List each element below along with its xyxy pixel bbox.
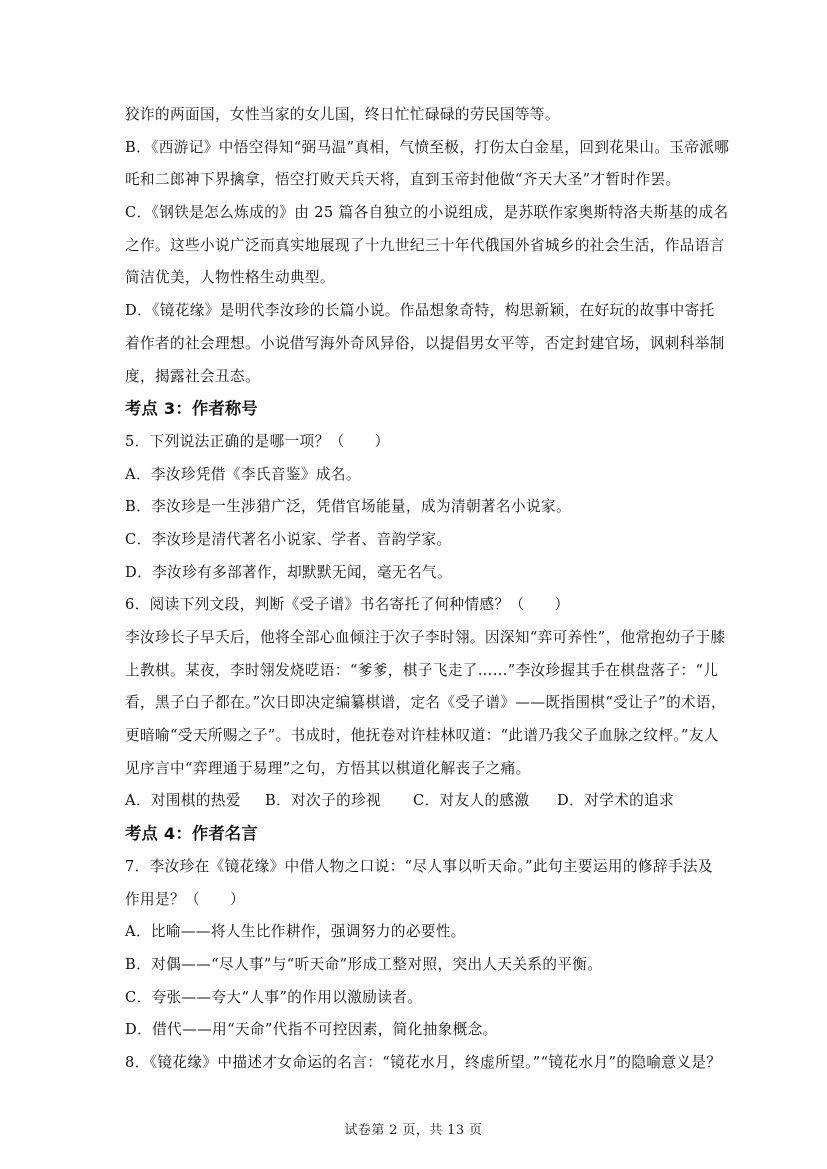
option-d-line-1: D．《镜花缘》是明代李汝珍的长篇小说。作品想象奇特，构思新颖，在好玩的故事中寄托 — [125, 297, 705, 330]
question-6-option-d: D．对学术的追求 — [557, 787, 674, 820]
question-6-passage-line: 上教棋。某夜，李时翎发烧呓语：“爹爹，棋子飞走了……”李汝珍握其手在棋盘落子：“… — [125, 657, 705, 690]
page-content: 狡诈的两面国，女性当家的女儿国，终日忙忙碌碌的劳民国等等。 B．《西游记》中悟空… — [125, 101, 705, 1082]
option-d-line-2: 着作者的社会理想。小说借写海外奇风异俗，以提倡男女平等，否定封建官场，讽刺科举制 — [125, 330, 705, 363]
page-footer: 试卷第 2 页，共 13 页 — [0, 1119, 827, 1138]
question-6-stem: 6．阅读下列文段，判断《受子谱》书名寄托了何种情感？（ ） — [125, 591, 705, 624]
question-6-passage-line: 看，黑子白子都在。”次日即决定编纂棋谱，定名《受子谱》——既指围棋“受让子”的术… — [125, 689, 705, 722]
question-7-option-b: B．对偶——“尽人事”与“听天命”形成工整对照，突出人天关系的平衡。 — [125, 951, 705, 984]
question-7-stem-line-1: 7．李汝珍在《镜花缘》中借人物之口说：“尽人事以听天命。”此句主要运用的修辞手法… — [125, 853, 705, 886]
question-6-option-c: C．对友人的感激 — [413, 787, 557, 820]
question-7-stem-line-2: 作用是？（ ） — [125, 886, 705, 919]
question-6-passage-line: 更暗喻“受天所赐之子”。书成时，他抚卷对许桂林叹道：“此谱乃我父子血脉之纹枰。”… — [125, 722, 705, 755]
question-7-option-c: C．夸张——夸大“人事”的作用以激励读者。 — [125, 984, 705, 1017]
question-5-option-d: D．李汝珍有多部著作，却默默无闻，毫无名气。 — [125, 559, 705, 592]
option-b-line-1: B．《西游记》中悟空得知“弼马温”真相，气愤至极，打伤太白金星，回到花果山。玉帝… — [125, 134, 705, 167]
question-7-option-a: A．比喻——将人生比作耕作，强调努力的必要性。 — [125, 918, 705, 951]
question-5-option-c: C．李汝珍是清代著名小说家、学者、音韵学家。 — [125, 526, 705, 559]
question-6-option-b: B．对次子的珍视 — [265, 787, 413, 820]
option-c-line-1: C．《钢铁是怎么炼成的》由 25 篇各自独立的小说组成，是苏联作家奥斯特洛夫斯基… — [125, 199, 705, 232]
option-c-line-2: 之作。这些小说广泛而真实地展现了十九世纪三十年代俄国外省城乡的社会生活，作品语言 — [125, 232, 705, 265]
question-6-option-a: A．对围棋的热爱 — [125, 787, 265, 820]
question-8-stem: 8．《镜花缘》中描述才女命运的名言：“镜花水月，终虚所望。”“镜花水月”的隐喻意… — [125, 1049, 705, 1082]
text-line: 狡诈的两面国，女性当家的女儿国，终日忙忙碌碌的劳民国等等。 — [125, 101, 705, 134]
section-heading-4: 考点 4：作者名言 — [125, 820, 705, 853]
option-b-line-2: 吒和二郎神下界擒拿，悟空打败天兵天将，直到玉帝封他做“齐天大圣”才暂时作罢。 — [125, 166, 705, 199]
question-5-option-b: B．李汝珍是一生涉猎广泛，凭借官场能量，成为清朝著名小说家。 — [125, 493, 705, 526]
exam-page: 狡诈的两面国，女性当家的女儿国，终日忙忙碌碌的劳民国等等。 B．《西游记》中悟空… — [0, 0, 827, 1169]
option-d-line-3: 度，揭露社会丑态。 — [125, 363, 705, 396]
question-6-options: A．对围棋的热爱 B．对次子的珍视 C．对友人的感激 D．对学术的追求 — [125, 787, 705, 820]
option-c-line-3: 简洁优美，人物性格生动典型。 — [125, 264, 705, 297]
question-7-option-d: D．借代——用“天命”代指不可控因素，简化抽象概念。 — [125, 1016, 705, 1049]
question-6-passage-line: 见序言中“弈理通于易理”之句，方悟其以棋道化解丧子之痛。 — [125, 755, 705, 788]
section-heading-3: 考点 3：作者称号 — [125, 395, 705, 428]
question-6-passage-line: 李汝珍长子早夭后，他将全部心血倾注于次子李时翎。因深知“弈可养性”，他常抱幼子于… — [125, 624, 705, 657]
question-5-stem: 5．下列说法正确的是哪一项？（ ） — [125, 428, 705, 461]
question-5-option-a: A．李汝珍凭借《李氏音鉴》成名。 — [125, 461, 705, 494]
